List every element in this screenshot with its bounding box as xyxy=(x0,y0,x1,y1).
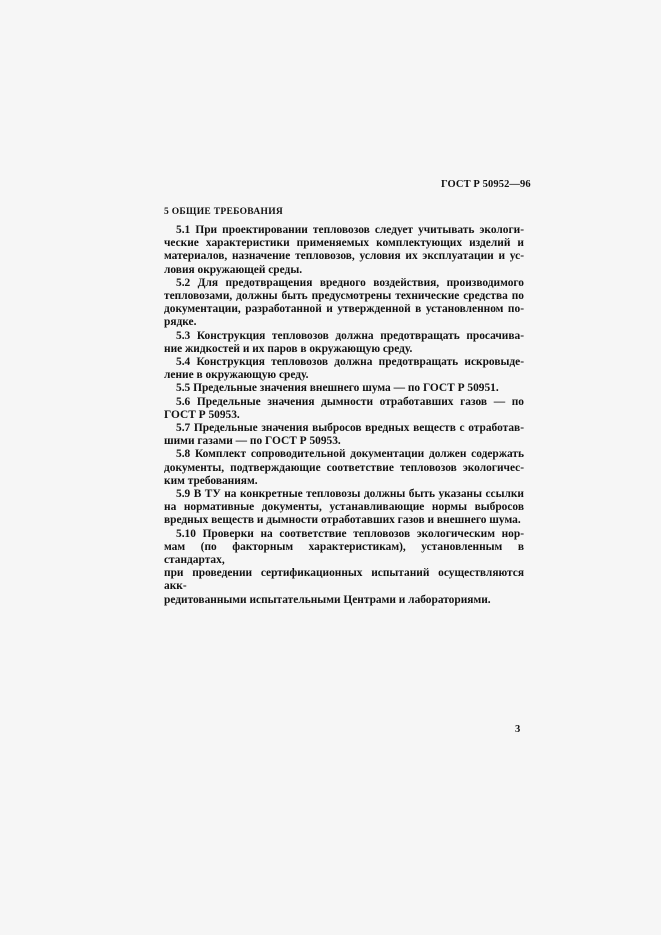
paragraph-5-6: 5.6 Предельные значения дымности отработ… xyxy=(164,396,524,422)
text-line: при проведении сертификационных испытани… xyxy=(164,567,524,593)
text-line: ловия окружающей среды. xyxy=(164,264,524,277)
page-number: 3 xyxy=(515,724,520,735)
text-line: 5.8 Комплект сопроводительной документац… xyxy=(164,448,524,461)
text-line: ние жидкостей и их паров в окружающую ср… xyxy=(164,343,524,356)
text-line: мам (по факторным характеристикам), уста… xyxy=(164,541,524,567)
section-title: 5 ОБЩИЕ ТРЕБОВАНИЯ xyxy=(164,207,283,217)
paragraph-5-8: 5.8 Комплект сопроводительной документац… xyxy=(164,448,524,488)
text-line: 5.7 Предельные значения выбросов вредных… xyxy=(164,422,524,435)
text-line: тепловозами, должны быть предусмотрены т… xyxy=(164,290,524,303)
text-line: 5.2 Для предотвращения вредного воздейст… xyxy=(164,277,524,290)
text-line: вредных веществ и дымности отработавших … xyxy=(164,514,524,527)
text-line: ление в окружающую среду. xyxy=(164,369,524,382)
paragraph-5-10: 5.10 Проверки на соответствие тепловозов… xyxy=(164,528,524,607)
document-page: ГОСТ Р 50952—96 5 ОБЩИЕ ТРЕБОВАНИЯ 5.1 П… xyxy=(0,0,661,935)
paragraph-5-1: 5.1 При проектировании тепловозов следуе… xyxy=(164,224,524,277)
paragraph-5-3: 5.3 Конструкция тепловозов должна предот… xyxy=(164,330,524,356)
section-body: 5.1 При проектировании тепловозов следуе… xyxy=(164,224,524,607)
standard-code-header: ГОСТ Р 50952—96 xyxy=(441,179,531,190)
text-line: ким требованиям. xyxy=(164,475,524,488)
text-line: 5.1 При проектировании тепловозов следуе… xyxy=(164,224,524,237)
text-line: 5.5 Предельные значения внешнего шума — … xyxy=(164,382,524,395)
text-line: 5.3 Конструкция тепловозов должна предот… xyxy=(164,330,524,343)
text-line: 5.9 В ТУ на конкретные тепловозы должны … xyxy=(164,488,524,501)
text-line: на нормативные документы, устанавливающи… xyxy=(164,501,524,514)
paragraph-5-4: 5.4 Конструкция тепловозов должна предот… xyxy=(164,356,524,382)
text-line: рядке. xyxy=(164,316,524,329)
text-line: 5.6 Предельные значения дымности отработ… xyxy=(164,396,524,409)
paragraph-5-7: 5.7 Предельные значения выбросов вредных… xyxy=(164,422,524,448)
text-line: редитованными испытательными Центрами и … xyxy=(164,594,524,607)
text-line: ГОСТ Р 50953. xyxy=(164,409,524,422)
paragraph-5-5: 5.5 Предельные значения внешнего шума — … xyxy=(164,382,524,395)
text-line: ческие характеристики применяемых компле… xyxy=(164,237,524,250)
text-line: 5.4 Конструкция тепловозов должна предот… xyxy=(164,356,524,369)
paragraph-5-9: 5.9 В ТУ на конкретные тепловозы должны … xyxy=(164,488,524,528)
text-line: документы, подтверждающие соответствие т… xyxy=(164,462,524,475)
text-line: документации, разработанной и утвержденн… xyxy=(164,303,524,316)
text-line: шими газами — по ГОСТ Р 50953. xyxy=(164,435,524,448)
text-line: материалов, назначение тепловозов, услов… xyxy=(164,250,524,263)
text-line: 5.10 Проверки на соответствие тепловозов… xyxy=(164,528,524,541)
paragraph-5-2: 5.2 Для предотвращения вредного воздейст… xyxy=(164,277,524,330)
